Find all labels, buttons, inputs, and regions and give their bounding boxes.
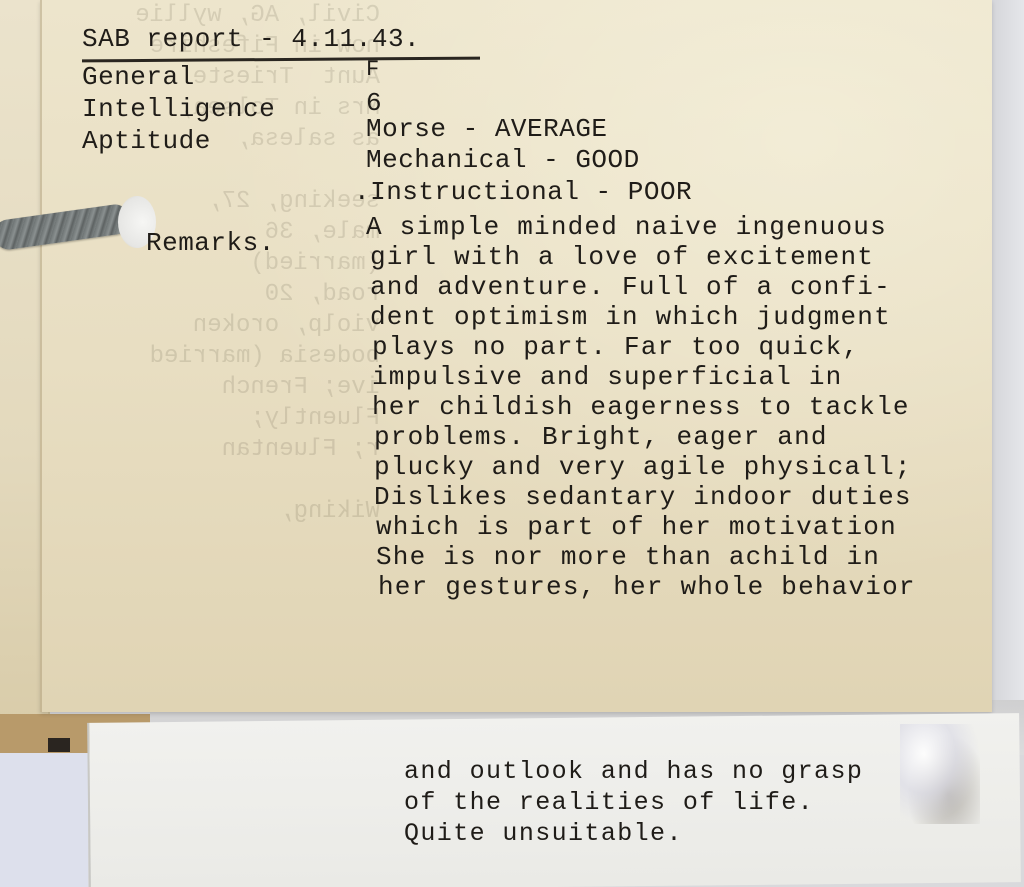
field-value-aptitude-mechanical: Mechanical - GOOD [366,145,640,176]
remarks-label: Remarks. [146,228,275,259]
field-label-intelligence: Intelligence [82,94,275,125]
remarks-line: problems. Bright, eager and [374,422,916,452]
backdrop-dark-corner [48,738,70,752]
field-value-aptitude-instructional: .Instructional - POOR [354,177,692,208]
remarks-line: girl with a love of excitement [370,242,916,272]
remarks-line: A simple minded naive ingenuous [366,212,916,242]
remarks-line: Dislikes sedantary indoor duties [374,482,916,512]
field-label-aptitude: Aptitude [82,126,211,157]
backdrop-right-surface [992,0,1024,720]
paper-tear-icon [900,724,980,824]
field-label-general: General [82,62,195,93]
remarks-line: which is part of her motivation [376,512,916,542]
remarks-line: She is nor more than achild in [376,542,916,572]
remarks-line: and adventure. Full of a confi- [370,272,916,302]
remarks-line: dent optimism in which judgment [370,302,916,332]
report-title: SAB report - 4.11.43. [82,24,420,54]
continuation-line: Quite unsuitable. [404,818,863,849]
card-fold-line [40,0,42,712]
field-value-general: F [366,54,380,85]
field-value-aptitude-morse: Morse - AVERAGE [366,114,608,145]
remarks-line: her childish eagerness to tackle [372,392,916,422]
continuation-text: and outlook and has no grasp of the real… [404,756,863,849]
remarks-line: her gestures, her whole behavior [378,572,916,602]
continuation-line: and outlook and has no grasp [404,756,863,787]
remarks-text: A simple minded naive ingenuous girl wit… [366,212,916,602]
continuation-line: of the realities of life. [404,787,863,818]
remarks-line: impulsive and superficial in [372,362,916,392]
remarks-line: plays no part. Far too quick, [372,332,916,362]
remarks-line: plucky and very agile physicall; [374,452,916,482]
backdrop-bottom-left [0,753,88,887]
